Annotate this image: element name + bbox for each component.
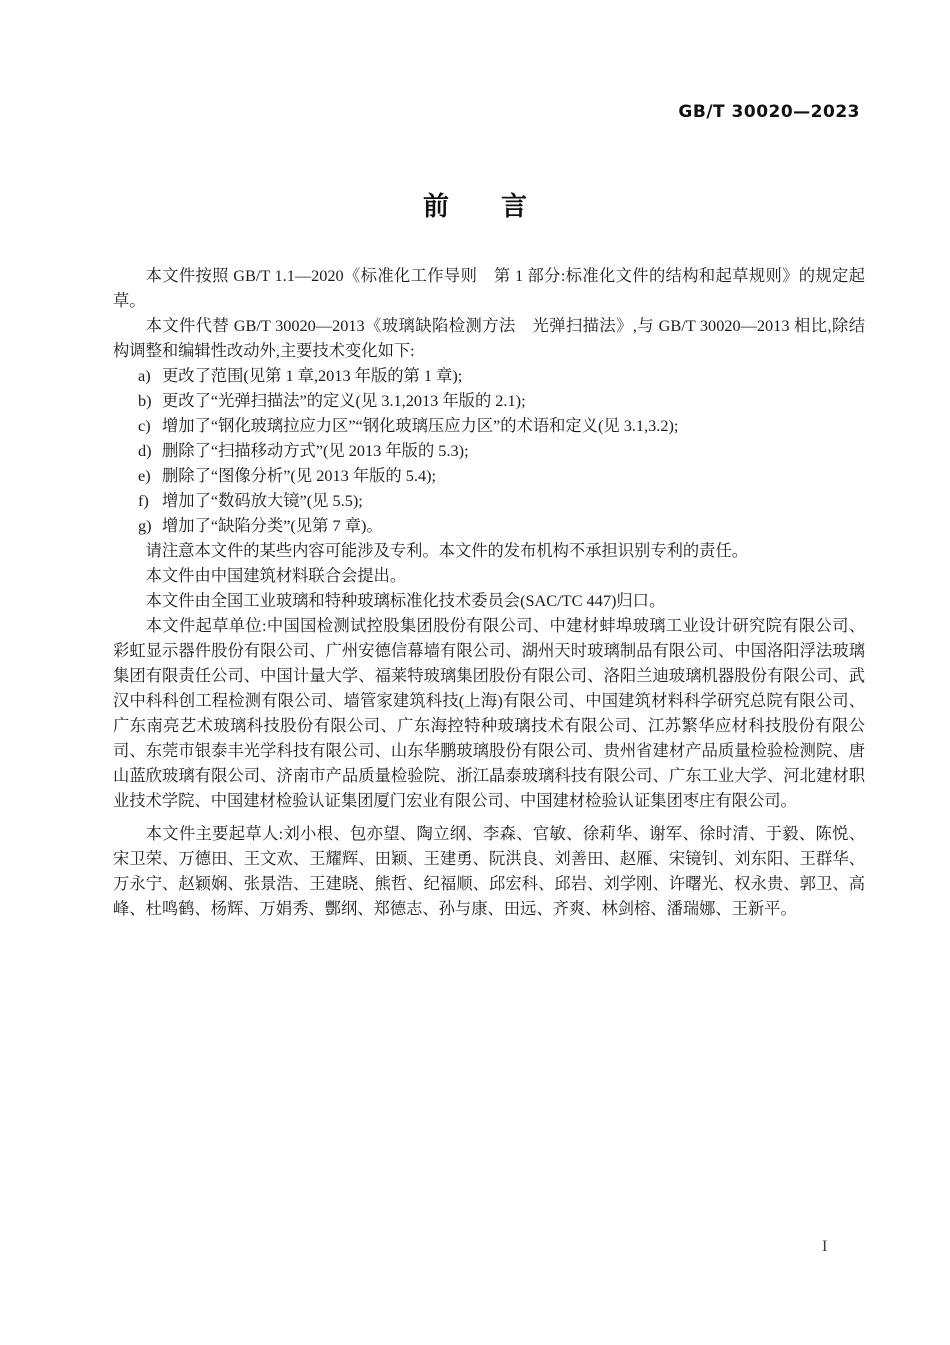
list-item-label: c) bbox=[138, 413, 151, 438]
standard-number: GB/T 30020—2023 bbox=[678, 102, 860, 122]
list-item-label: d) bbox=[138, 438, 152, 463]
page-number: I bbox=[822, 1238, 827, 1256]
list-item-text: 删除了“扫描移动方式”(见 2013 年版的 5.3); bbox=[162, 441, 469, 460]
list-item-text: 增加了“钢化玻璃拉应力区”“钢化玻璃压应力区”的术语和定义(见 3.1,3.2)… bbox=[162, 416, 678, 435]
paragraph-centralized-by: 本文件由全国工业玻璃和特种玻璃标准化技术委员会(SAC/TC 447)归口。 bbox=[113, 588, 865, 613]
list-item: a) 更改了范围(见第 1 章,2013 年版的第 1 章); bbox=[113, 363, 865, 388]
page-title: 前 言 bbox=[0, 186, 950, 223]
list-item-text: 增加了“数码放大镜”(见 5.5); bbox=[162, 491, 363, 510]
list-item-label: e) bbox=[138, 463, 151, 488]
paragraph-replacement: 本文件代替 GB/T 30020—2013《玻璃缺陷检测方法 光弹扫描法》,与 … bbox=[113, 313, 865, 363]
paragraph-main-drafters: 本文件主要起草人:刘小根、包亦望、陶立纲、李森、官敏、徐莉华、谢军、徐时清、于毅… bbox=[113, 821, 865, 921]
changes-list: a) 更改了范围(见第 1 章,2013 年版的第 1 章); b) 更改了“光… bbox=[113, 363, 865, 538]
list-item-text: 增加了“缺陷分类”(见第 7 章)。 bbox=[162, 516, 383, 535]
foreword-body: 本文件按照 GB/T 1.1—2020《标准化工作导则 第 1 部分:标准化文件… bbox=[113, 263, 865, 921]
paragraph-proposed-by: 本文件由中国建筑材料联合会提出。 bbox=[113, 563, 865, 588]
list-item: d) 删除了“扫描移动方式”(见 2013 年版的 5.3); bbox=[113, 438, 865, 463]
list-item: b) 更改了“光弹扫描法”的定义(见 3.1,2013 年版的 2.1); bbox=[113, 388, 865, 413]
list-item-label: f) bbox=[138, 488, 149, 513]
list-item-text: 更改了“光弹扫描法”的定义(见 3.1,2013 年版的 2.1); bbox=[162, 391, 526, 410]
paragraph-patent-notice: 请注意本文件的某些内容可能涉及专利。本文件的发布机构不承担识别专利的责任。 bbox=[113, 538, 865, 563]
document-page: GB/T 30020—2023 前 言 本文件按照 GB/T 1.1—2020《… bbox=[0, 0, 950, 1345]
paragraph-drafting-organizations: 本文件起草单位:中国国检测试控股集团股份有限公司、中建材蚌埠玻璃工业设计研究院有… bbox=[113, 613, 865, 813]
list-item: c) 增加了“钢化玻璃拉应力区”“钢化玻璃压应力区”的术语和定义(见 3.1,3… bbox=[113, 413, 865, 438]
paragraph-drafting-rule: 本文件按照 GB/T 1.1—2020《标准化工作导则 第 1 部分:标准化文件… bbox=[113, 263, 865, 313]
list-item-text: 更改了范围(见第 1 章,2013 年版的第 1 章); bbox=[162, 366, 462, 385]
list-item-label: g) bbox=[138, 513, 152, 538]
list-item-text: 删除了“图像分析”(见 2013 年版的 5.4); bbox=[162, 466, 436, 485]
list-item: e) 删除了“图像分析”(见 2013 年版的 5.4); bbox=[113, 463, 865, 488]
list-item: f) 增加了“数码放大镜”(见 5.5); bbox=[113, 488, 865, 513]
list-item-label: a) bbox=[138, 363, 151, 388]
list-item-label: b) bbox=[138, 388, 152, 413]
list-item: g) 增加了“缺陷分类”(见第 7 章)。 bbox=[113, 513, 865, 538]
